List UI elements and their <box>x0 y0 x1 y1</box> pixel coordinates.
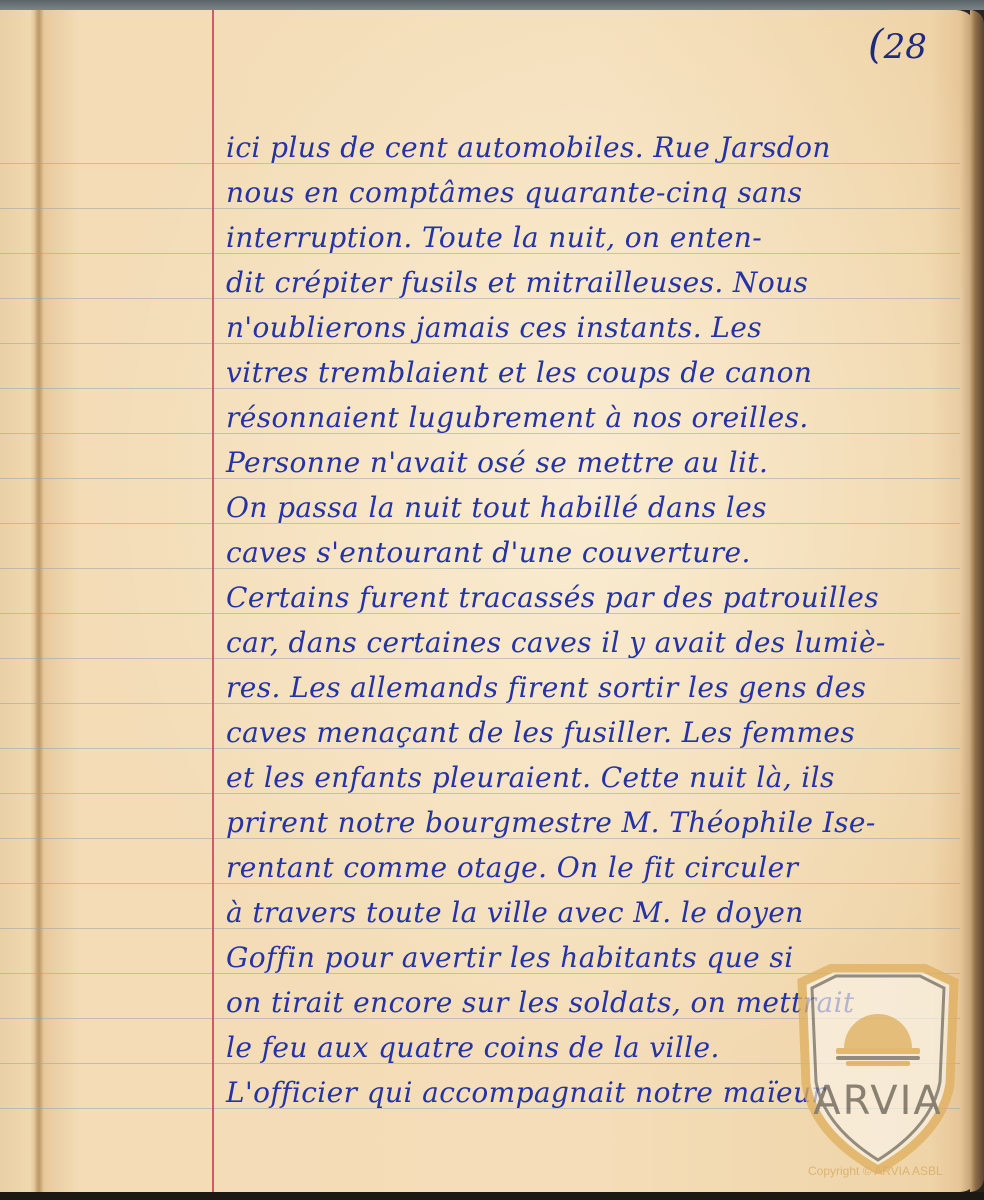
text-line: caves menaçant de les fusiller. Les femm… <box>226 710 966 755</box>
copyright-notice: Copyright © ARVIA ASBL <box>808 1164 943 1178</box>
arvia-watermark: ARVIA <box>792 964 964 1174</box>
text-line: ici plus de cent automobiles. Rue Jarsdo… <box>226 125 966 170</box>
page-number: (28 <box>868 22 927 68</box>
text-line: et les enfants pleuraient. Cette nuit là… <box>226 755 966 800</box>
red-margin-line <box>212 10 214 1192</box>
text-line: nous en comptâmes quarante-cinq sans <box>226 170 966 215</box>
text-line: res. Les allemands firent sortir les gen… <box>226 665 966 710</box>
shield-logo-icon <box>792 964 964 1174</box>
text-line: vitres tremblaient et les coups de canon <box>226 350 966 395</box>
text-line: On passa la nuit tout habillé dans les <box>226 485 966 530</box>
text-line: interruption. Toute la nuit, on enten- <box>226 215 966 260</box>
text-line: rentant comme otage. On le fit circuler <box>226 845 966 890</box>
text-line: caves s'entourant d'une couverture. <box>226 530 966 575</box>
text-line: Personne n'avait osé se mettre au lit. <box>226 440 966 485</box>
text-line: n'oublierons jamais ces instants. Les <box>226 305 966 350</box>
text-line: résonnaient lugubrement à nos oreilles. <box>226 395 966 440</box>
watermark-logo-text: ARVIA <box>792 1078 964 1124</box>
text-line: Certains furent tracassés par des patrou… <box>226 575 966 620</box>
text-line: à travers toute la ville avec M. le doye… <box>226 890 966 935</box>
text-line: dit crépiter fusils et mitrailleuses. No… <box>226 260 966 305</box>
page-number-value: 28 <box>884 27 927 67</box>
text-line: car, dans certaines caves il y avait des… <box>226 620 966 665</box>
scanner-bottom-edge <box>0 1192 984 1200</box>
page-number-paren: ( <box>868 22 884 68</box>
text-line: prirent notre bourgmestre M. Théophile I… <box>226 800 966 845</box>
page-stack-edge <box>970 10 984 1192</box>
